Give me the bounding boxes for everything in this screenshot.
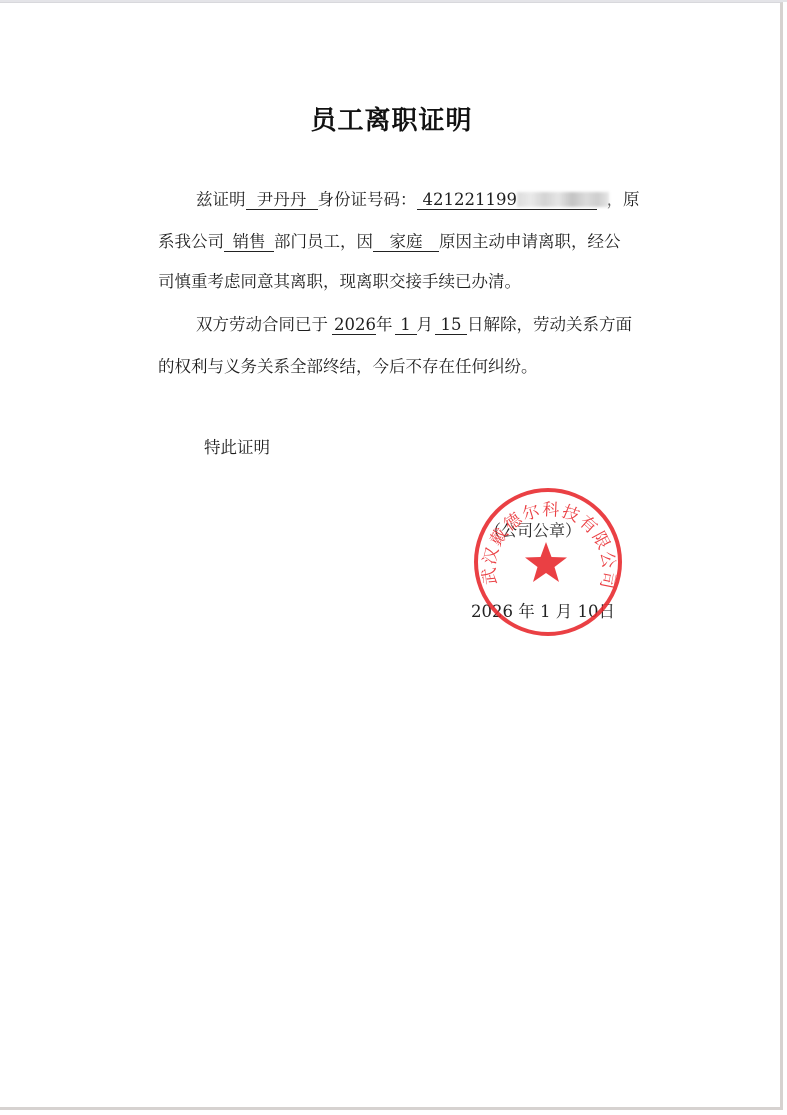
line2-middle: 部门员工，因 — [274, 232, 373, 251]
contract-prefix: 双方劳动合同已于 — [196, 315, 328, 334]
redacted-id-digits — [517, 192, 609, 207]
line1-suffix: ，原 — [607, 190, 640, 209]
company-seal-label: （公司公章） — [485, 518, 581, 541]
termination-year-field: 2026 — [332, 316, 376, 335]
id-number-value: 421221199 — [423, 190, 517, 209]
document-title: 员工离职证明 — [0, 100, 783, 137]
issue-date: 2026 年 1 月 10日 — [471, 598, 615, 622]
employee-name-value: 尹丹丹 — [257, 190, 307, 209]
line2-suffix: 原因主动申请离职，经公 — [439, 232, 621, 251]
termination-day-field: 15 — [435, 316, 467, 335]
paragraph-2-line-2: 的权利与义务关系全部终结，今后不存在任何纠纷。 — [158, 347, 538, 387]
year-unit: 年 — [376, 315, 393, 334]
employee-name-field: 尹丹丹 — [246, 191, 318, 210]
termination-month-value: 1 — [400, 315, 411, 334]
paragraph-1-line-1: 兹证明尹丹丹身份证号码：421221199，原 — [196, 180, 640, 220]
reason-value: 家庭 — [390, 232, 423, 251]
id-label: 身份证号码： — [318, 190, 417, 209]
termination-day-value: 15 — [441, 315, 462, 334]
paragraph-1-line-2: 系我公司销售部门员工，因家庭原因主动申请离职，经公 — [158, 222, 621, 262]
paragraph-2-line-2-text: 的权利与义务关系全部终结，今后不存在任何纠纷。 — [158, 357, 538, 376]
department-field: 销售 — [224, 233, 274, 252]
paragraph-2-line-1: 双方劳动合同已于2026年1月15日解除，劳动关系方面 — [196, 305, 632, 345]
sign-off-text: 特此证明 — [204, 428, 270, 468]
department-value: 销售 — [233, 232, 266, 251]
month-unit: 月 — [417, 315, 434, 334]
termination-month-field: 1 — [395, 316, 417, 335]
termination-year-value: 2026 — [334, 315, 376, 334]
id-number-field: 421221199 — [417, 191, 597, 210]
reason-field: 家庭 — [373, 233, 439, 252]
certify-prefix: 兹证明 — [196, 190, 246, 209]
line3-text: 司慎重考虑同意其离职，现离职交接手续已办清。 — [158, 272, 521, 291]
contract-suffix: 日解除，劳动关系方面 — [467, 315, 632, 334]
document-page — [0, 2, 783, 1110]
line2-prefix: 系我公司 — [158, 232, 224, 251]
paragraph-1-line-3: 司慎重考虑同意其离职，现离职交接手续已办清。 — [158, 262, 521, 302]
